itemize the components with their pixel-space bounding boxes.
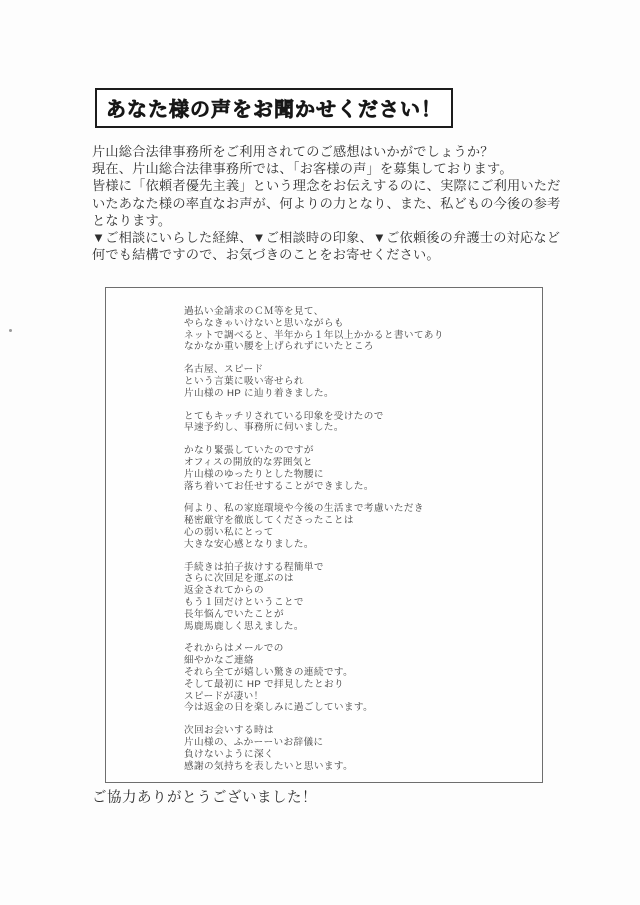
testimonial-line: さらに次回足を運ぶのは — [184, 573, 528, 585]
scan-speck-artifact — [9, 329, 12, 332]
testimonial-paragraph: 名古屋、スピードという言葉に吸い寄せられ片山様の HP に辿り着きました。 — [184, 364, 528, 399]
testimonial-line: スピードが凄い！ — [184, 691, 528, 703]
testimonial-line: という言葉に吸い寄せられ — [184, 376, 528, 388]
intro-line: いたあなた様の率直なお声が、何よりの力となり、また、私どもの今後の参考 — [92, 195, 592, 212]
testimonial-paragraph: それからはメールでの細やかなご連絡それら全てが嬉しい驚きの連続です。そして最初に… — [184, 643, 528, 714]
testimonial-paragraph: 手続きは拍子抜けする程簡単でさらに次回足を運ぶのは返金されてからのもう１回だけと… — [184, 562, 528, 633]
testimonial-paragraph: かなり緊張していたのですがオフィスの開放的な雰囲気と片山様のゆったりとした物腰に… — [184, 445, 528, 492]
testimonial-line: 大きな安心感となりました。 — [184, 539, 528, 551]
testimonial-line: 次回お会いする時は — [184, 725, 528, 737]
testimonial-paragraph: 過払い金請求のＣＭ等を見て、やらなきゃいけないと思いながらもネットで調べると、半… — [184, 306, 528, 353]
testimonial-line: オフィスの開放的な雰囲気と — [184, 457, 528, 469]
testimonial-line: ネットで調べると、半年から１年以上かかると書いてあり — [184, 330, 528, 342]
testimonial-line: それら全てが嬉しい驚きの連続です。 — [184, 667, 528, 679]
header-banner: あなた様の声をお聞かせください！ — [95, 88, 453, 128]
intro-line: 現在、片山総合法律事務所では、「お客様の声」を募集しております。 — [92, 160, 592, 177]
testimonial-line: 早速予約し、事務所に伺いました。 — [184, 422, 528, 434]
testimonial-line: 名古屋、スピード — [184, 364, 528, 376]
testimonial-line: 返金されてからの — [184, 585, 528, 597]
intro-line: 片山総合法律事務所をご利用されてのご感想はいかがでしょうか？ — [92, 143, 592, 160]
testimonial-line: それからはメールでの — [184, 643, 528, 655]
intro-line: ▼ご相談にいらした経緯、▼ご相談時の印象、▼ご依頼後の弁護士の対応など — [92, 229, 592, 246]
testimonial-paragraph: とてもキッチリされている印象を受けたので早速予約し、事務所に伺いました。 — [184, 411, 528, 435]
testimonial-line: そして最初に HP で拝見したとおり — [184, 679, 528, 691]
testimonial-line: 感謝の気持ちを表したいと思います。 — [184, 761, 528, 773]
testimonial-line: 今は返金の日を楽しみに過ごしています。 — [184, 702, 528, 714]
testimonial-line: 過払い金請求のＣＭ等を見て、 — [184, 306, 528, 318]
intro-line: 何でも結構ですので、お気づきのことをお寄せください。 — [92, 246, 592, 263]
testimonial-line: 落ち着いてお任せすることができました。 — [184, 481, 528, 493]
testimonial-line: 細やかなご連絡 — [184, 655, 528, 667]
scanned-document-page: あなた様の声をお聞かせください！ 片山総合法律事務所をご利用されてのご感想はいか… — [0, 0, 640, 905]
testimonial-line: 心の弱い私にとって — [184, 527, 528, 539]
testimonial-text: 過払い金請求のＣＭ等を見て、やらなきゃいけないと思いながらもネットで調べると、半… — [184, 306, 528, 772]
intro-line: となります。 — [92, 212, 592, 229]
testimonial-line: 長年悩んでいたことが — [184, 609, 528, 621]
testimonial-line: 何より、私の家庭環境や今後の生活まで考慮いただき — [184, 503, 528, 515]
testimonial-line: 馬鹿馬鹿しく思えました。 — [184, 621, 528, 633]
testimonial-line: もう１回だけということで — [184, 597, 528, 609]
testimonial-line: 秘密厳守を徹底してくださったことは — [184, 515, 528, 527]
testimonial-box: 過払い金請求のＣＭ等を見て、やらなきゃいけないと思いながらもネットで調べると、半… — [105, 287, 543, 783]
testimonial-line: 負けないように深く — [184, 749, 528, 761]
testimonial-line: 手続きは拍子抜けする程簡単で — [184, 562, 528, 574]
closing-thanks-line: ご協力ありがとうございました！ — [92, 786, 317, 807]
testimonial-line: 片山様の、ふかーーいお辞儀に — [184, 737, 528, 749]
testimonial-line: 片山様のゆったりとした物腰に — [184, 469, 528, 481]
testimonial-line: なかなか重い腰を上げられずにいたところ — [184, 341, 528, 353]
testimonial-line: とてもキッチリされている印象を受けたので — [184, 411, 528, 423]
intro-line: 皆様に「依頼者優先主義」という理念をお伝えするのに、実際にご利用いただ — [92, 177, 592, 194]
testimonial-paragraph: 次回お会いする時は片山様の、ふかーーいお辞儀に負けないように深く感謝の気持ちを表… — [184, 725, 528, 772]
page-title: あなた様の声をお聞かせください！ — [106, 99, 442, 121]
testimonial-line: やらなきゃいけないと思いながらも — [184, 318, 528, 330]
testimonial-line: 片山様の HP に辿り着きました。 — [184, 388, 528, 400]
intro-paragraph: 片山総合法律事務所をご利用されてのご感想はいかがでしょうか？現在、片山総合法律事… — [92, 143, 592, 263]
testimonial-line: かなり緊張していたのですが — [184, 445, 528, 457]
testimonial-paragraph: 何より、私の家庭環境や今後の生活まで考慮いただき秘密厳守を徹底してくださったこと… — [184, 503, 528, 550]
